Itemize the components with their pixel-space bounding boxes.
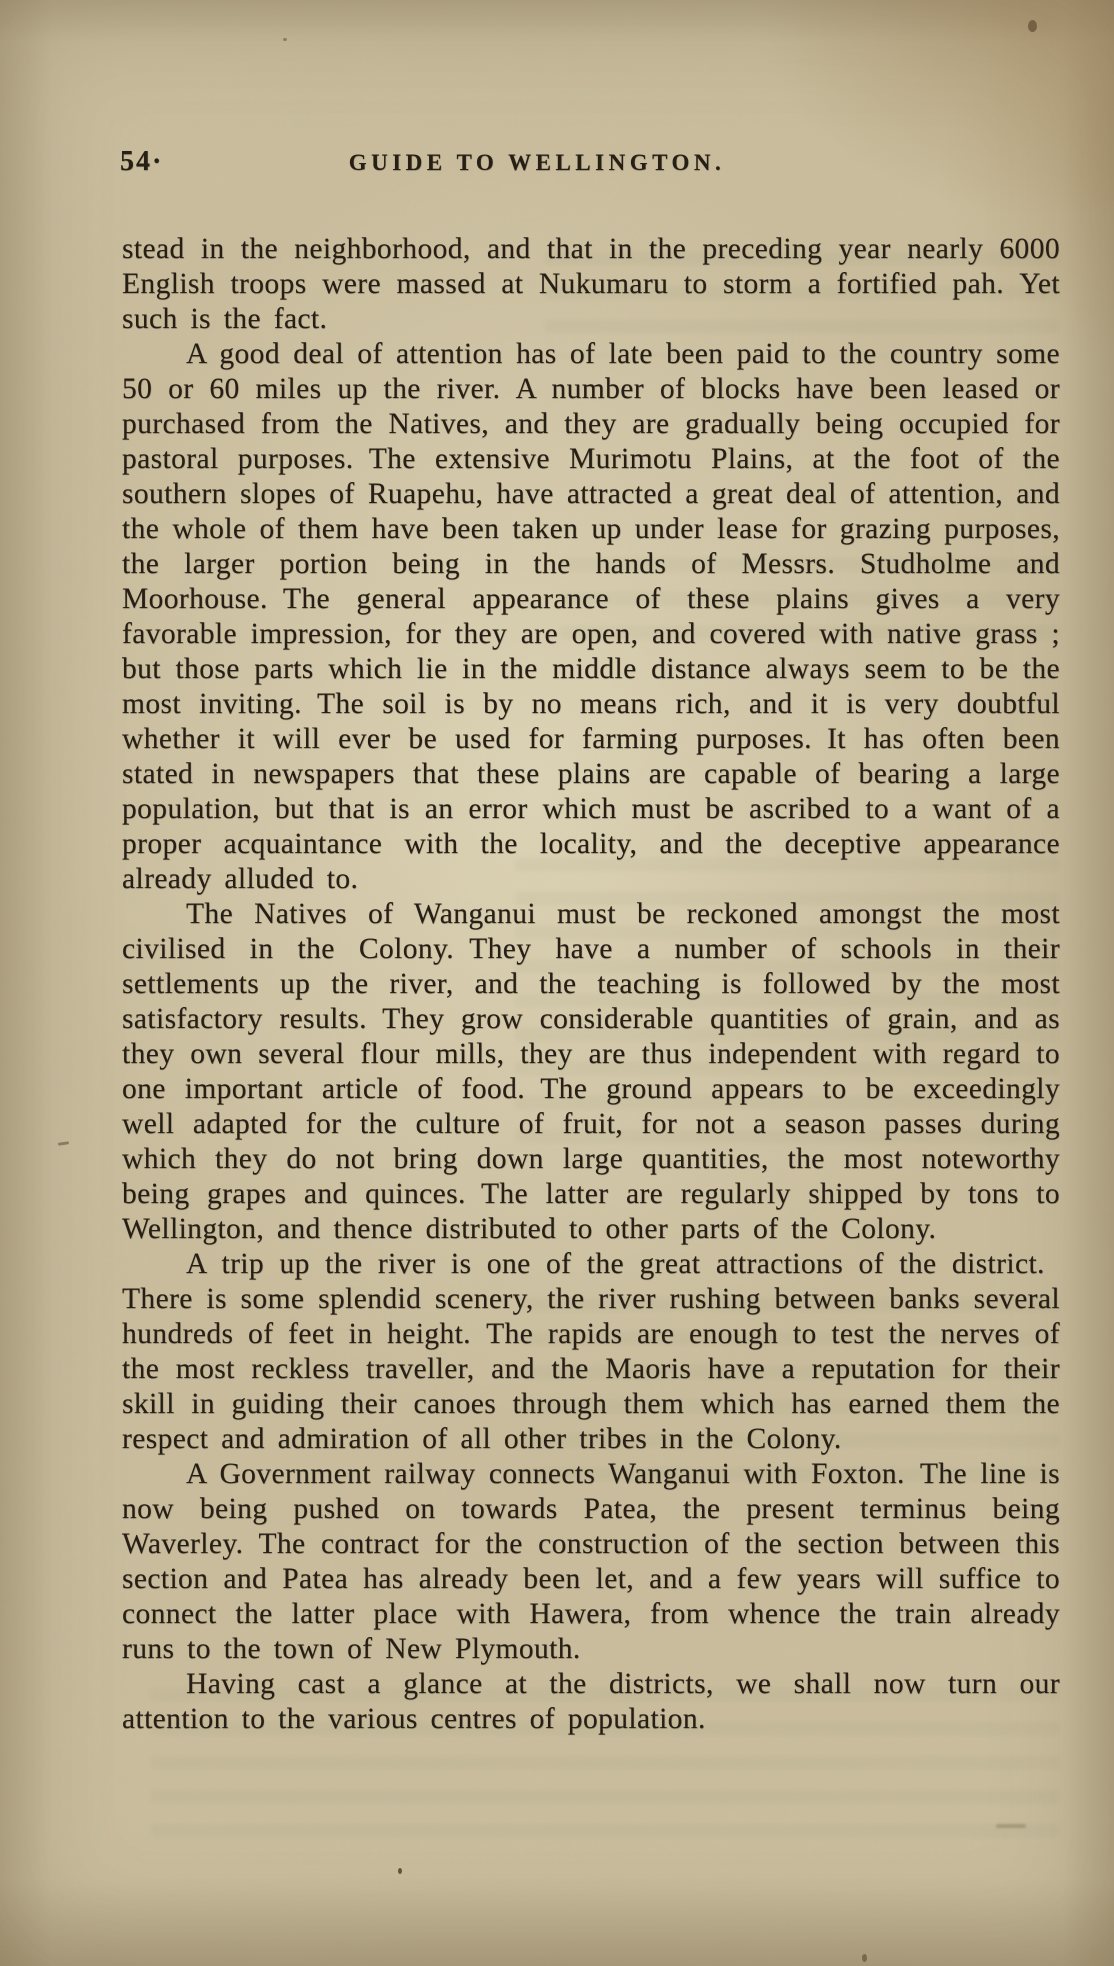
- paper-speck: [1028, 20, 1037, 32]
- running-title: GUIDE TO WELLINGTON.: [0, 150, 1074, 176]
- body-text: stead in the neighborhood, and that in t…: [122, 232, 1060, 1737]
- paper-speck: [862, 1954, 867, 1962]
- paragraph: A Government railway connects Wanganui w…: [122, 1457, 1060, 1667]
- paper-speck: [283, 38, 287, 41]
- paper-speck: [398, 1868, 402, 1874]
- paragraph: The Natives of Wanganui must be reckoned…: [122, 897, 1060, 1247]
- paper-speck: [58, 1141, 69, 1146]
- paragraph: A good deal of attention has of late bee…: [122, 337, 1060, 897]
- paper-speck: [996, 1824, 1026, 1828]
- paragraph: Having cast a glance at the districts, w…: [122, 1667, 1060, 1737]
- paragraph: A trip up the river is one of the great …: [122, 1247, 1060, 1457]
- paragraph-continuation: stead in the neighborhood, and that in t…: [122, 232, 1060, 337]
- scanned-book-page: 54· GUIDE TO WELLINGTON. stead in the ne…: [0, 0, 1114, 1966]
